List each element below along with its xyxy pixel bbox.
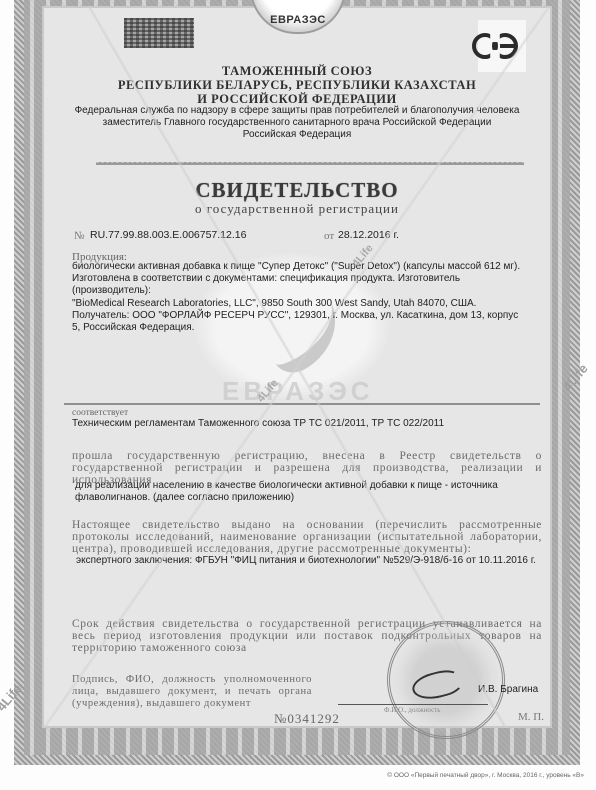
- stamp-place: М. П.: [518, 711, 544, 723]
- hologram-sticker: [124, 18, 194, 48]
- agency-line-2: заместитель Главного государственного са…: [42, 117, 552, 128]
- agency-line-1: Федеральная служба по надзору в сфере за…: [42, 105, 552, 116]
- printer-note: © ООО «Первый печатный двор», г. Москва,…: [387, 772, 584, 779]
- product-description: биологически активная добавка к пище "Су…: [72, 261, 532, 334]
- signatory-name: И.В. Брагина: [478, 684, 538, 695]
- product-line: Изготовлена в соответствии с документами…: [72, 273, 532, 297]
- product-line: Получатель: ООО "ФОРЛАЙФ РЕСЕРЧ РУСС", 1…: [72, 310, 532, 322]
- conforms-regulations: Техническим регламентам Таможенного союз…: [72, 418, 532, 430]
- document-title: СВИДЕТЕЛЬСТВО: [42, 178, 552, 203]
- serial-number: №0341292: [274, 711, 340, 727]
- signature-note: Ф.И.О., должность: [384, 706, 440, 714]
- conforms-label: соответствует: [72, 408, 128, 418]
- usage-purpose: для реализации населению в качестве биол…: [75, 480, 535, 504]
- product-line: биологически активная добавка к пище "Су…: [72, 261, 532, 273]
- usage-line: для реализации населению в качестве биол…: [75, 480, 535, 492]
- divider-line: [96, 162, 524, 165]
- conformity-mark-icon: [472, 32, 518, 67]
- emblem-text: ЕВРАЗЭС: [252, 14, 344, 26]
- product-line: "BioMedical Research Laboratories, LLC",…: [72, 298, 532, 310]
- document-subtitle: о государственной регистрации: [42, 201, 552, 217]
- product-line: 5, Российская Федерация.: [72, 322, 532, 334]
- issuance-basis: Настоящее свидетельство выдано на основа…: [72, 519, 542, 555]
- registration-number: RU.77.99.88.003.E.006757.12.16: [90, 229, 246, 241]
- divider-line: [64, 403, 540, 405]
- signature-caption: Подпись, ФИО, должность уполномоченного …: [72, 674, 312, 710]
- expert-conclusion: экспертного заключения: ФГБУН "ФИЦ питан…: [76, 555, 536, 567]
- header-line-2: РЕСПУБЛИКИ БЕЛАРУСЬ, РЕСПУБЛИКИ КАЗАХСТА…: [42, 78, 552, 93]
- signature-line: [338, 704, 488, 705]
- header-line-1: ТАМОЖЕННЫЙ СОЮЗ: [42, 64, 552, 79]
- agency-line-3: Российская Федерация: [42, 129, 552, 140]
- number-label: №: [74, 230, 85, 242]
- registration-date: 28.12.2016 г.: [338, 229, 399, 241]
- date-label: от: [324, 230, 334, 242]
- usage-line: флаволигнанов. (далее согласно приложени…: [75, 492, 535, 504]
- certificate-page: ТАМОЖЕННЫЙ СОЮЗ РЕСПУБЛИКИ БЕЛАРУСЬ, РЕС…: [42, 6, 552, 728]
